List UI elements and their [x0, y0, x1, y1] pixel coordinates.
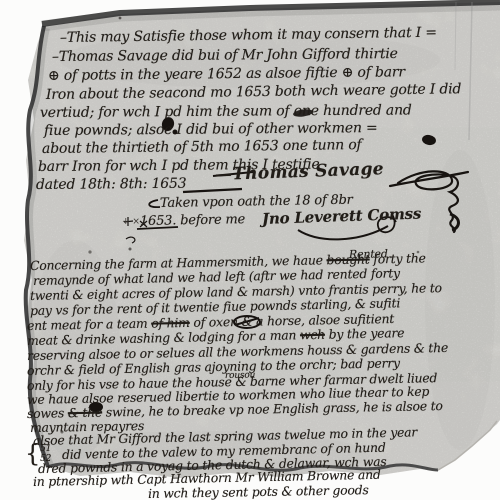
- manuscript-scan: –This may Satisfie those whom it may con…: [0, 0, 500, 500]
- deposition-line: Iron about the seacond mo 1653 both wch …: [46, 81, 461, 103]
- oath-year-line: 1653. before me: [140, 212, 245, 229]
- struck-word: bought: [326, 251, 369, 267]
- margin-mark: + ×: [122, 217, 140, 227]
- struck-word: wch: [300, 327, 325, 343]
- deposition-line: fiue pownds; alsoe I did bui of other wo…: [44, 120, 378, 139]
- handwriting-layer: –This may Satisfie those whom it may con…: [0, 0, 500, 500]
- line-text: forty the: [369, 250, 425, 266]
- deposition-line: –This may Satisfie those whom it may con…: [60, 25, 437, 46]
- deposition-line: about the thirtieth of 5th mo 1653 one t…: [42, 137, 362, 157]
- deposition-line: ⊕ of potts in the yeare 1652 as alsoe fi…: [48, 64, 405, 84]
- deposition-line: vertiud; for wch I pd him the sum of one…: [40, 102, 412, 121]
- deposition-date: dated 18th: 8th: 1653: [36, 176, 187, 193]
- struck-word: of him: [151, 315, 190, 331]
- line-text: by the yeare: [325, 325, 405, 342]
- statement-line: in wch they sent pots & other goods: [148, 482, 369, 500]
- deposition-line: –Thomas Savage did bui of Mr John Giffor…: [52, 46, 398, 65]
- margin-year: 51: [40, 444, 51, 454]
